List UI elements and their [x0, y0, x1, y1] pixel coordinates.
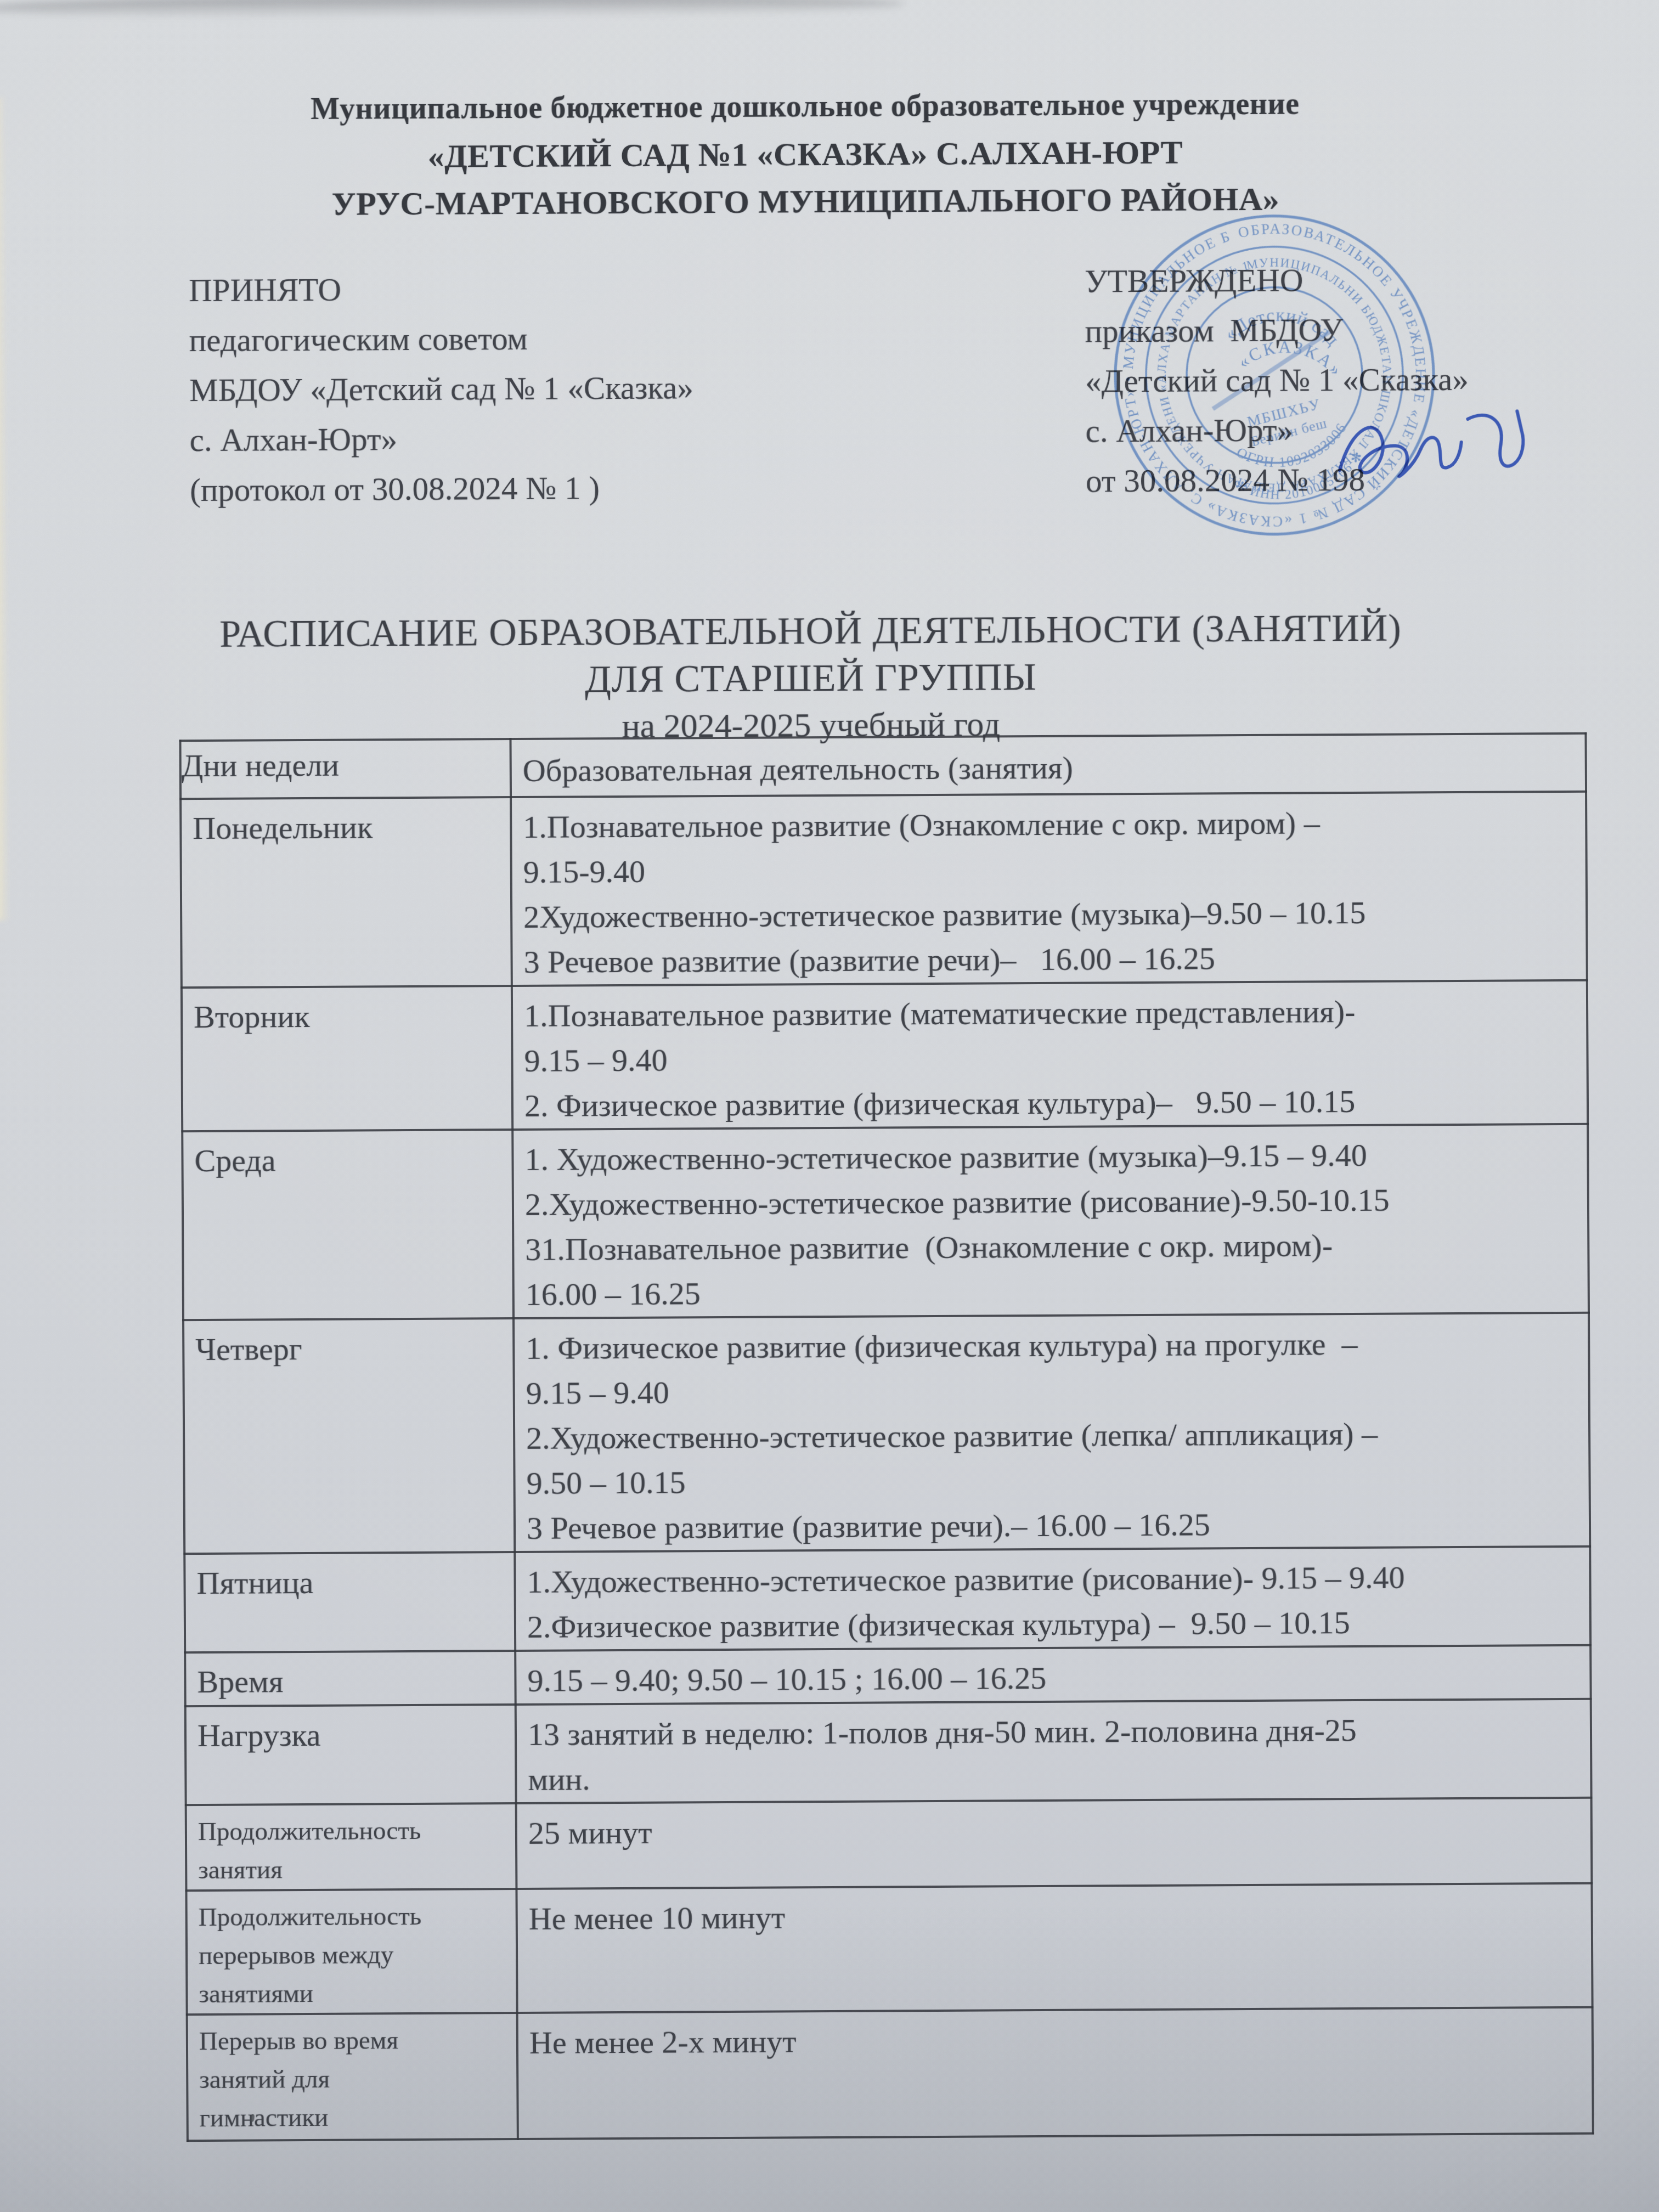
day-name: Вторник [194, 994, 507, 1039]
row-label-time: Время [197, 1658, 511, 1704]
activity-cell: 13 занятий в неделю: 1-полов дня-50 мин.… [516, 1699, 1592, 1803]
accepted-block: ПРИНЯТО педагогическим советом МБДОУ «Де… [189, 261, 1013, 515]
activity-cell: 1. Художественно-эстетическое развитие (… [512, 1124, 1589, 1318]
activity-line: 9.15 – 9.40 [524, 1033, 1583, 1084]
day-cell: Четверг [183, 1318, 515, 1554]
table-row: Вторник 1.Познавательное развитие (матем… [182, 980, 1588, 1131]
day-name: Четверг [195, 1326, 509, 1372]
header-activity-label: Образовательная деятельность (занятия) [511, 735, 1584, 795]
table-row: Среда 1. Художественно-эстетическое разв… [182, 1124, 1589, 1320]
activity-line: 3 Речевое развитие (развитие речи)– 16.0… [523, 934, 1582, 985]
activity-line: 1. Физическое развитие (физическая культ… [526, 1321, 1584, 1371]
activity-cell: 1.Познавательное развитие (Ознакомление … [511, 792, 1587, 986]
activity-line: 1. Художественно-эстетическое развитие (… [524, 1132, 1583, 1182]
table-row: Время 9.15 – 9.40; 9.50 – 10.15 ; 16.00 … [185, 1645, 1590, 1706]
table-row: Понедельник 1.Познавательное развитие (О… [180, 792, 1587, 988]
document-title: РАСПИСАНИЕ ОБРАЗОВАТЕЛЬНОЙ ДЕЯТЕЛЬНОСТИ … [0, 603, 1624, 753]
day-cell: Пятница [184, 1552, 515, 1652]
activity-line: 2. Физическое развитие (физическая культ… [524, 1078, 1583, 1128]
activity-line: 2.Художественно-эстетическое развитие (л… [526, 1410, 1585, 1461]
title-line: ДЛЯ СТАРШЕЙ ГРУППЫ [0, 651, 1624, 707]
accepted-line: с. Алхан-Юрт» [189, 411, 1012, 465]
gym-break-value: Не менее 2-х минут [529, 2015, 1588, 2066]
header-cell-days: Дни недели [180, 739, 511, 799]
activity-line: 3 Речевое развитие (развитие речи).– 16.… [527, 1500, 1585, 1551]
official-round-stamp: ОБРАЗОВАТЕЛЬНОЕ УЧРЕЖДЕНИЕ «ДЕТСКИЙ САД … [1061, 162, 1488, 589]
day-cell: Нагрузка [185, 1705, 516, 1805]
table-header-row: Дни недели Образовательная деятельность … [180, 733, 1586, 799]
document-page: Муниципальное бюджетное дошкольное образ… [0, 0, 1659, 2212]
activity-cell: 9.15 – 9.40; 9.50 – 10.15 ; 16.00 – 16.2… [515, 1645, 1590, 1705]
header-cell-activity: Образовательная деятельность (занятия) [510, 733, 1586, 797]
activity-line: 2.Художественно-эстетическое развитие (р… [525, 1177, 1584, 1227]
accepted-heading: ПРИНЯТО [189, 261, 1012, 315]
load-value-line: 13 занятий в неделю: 1-полов дня-50 мин.… [528, 1707, 1587, 1757]
activity-line: 1.Познавательное развитие (Ознакомление … [523, 799, 1582, 850]
row-label-gym-break: занятий для [199, 2059, 513, 2099]
activity-line: 2.Физическое развитие (физическая культу… [527, 1599, 1586, 1650]
row-label-gym-break: гимнастики [199, 2097, 513, 2137]
activity-cell: Не менее 2-х минут [517, 2007, 1593, 2139]
activity-line: 1.Познавательное развитие (математически… [524, 988, 1583, 1039]
table-row: Перерыв во время занятий для гимнастики … [187, 2007, 1593, 2141]
activity-line: 9.50 – 10.15 [526, 1455, 1585, 1506]
header-days-label: Дни недели [182, 740, 510, 790]
day-cell: Продолжительность занятия [186, 1803, 517, 1891]
table-row: Четверг 1. Физическое развитие (физическ… [183, 1313, 1590, 1554]
time-values: 9.15 – 9.40; 9.50 – 10.15 ; 16.00 – 16.2… [527, 1653, 1586, 1703]
breaks-value: Не менее 10 минут [529, 1891, 1588, 1942]
table-row: Продолжительность перерывов между заняти… [186, 1883, 1592, 2015]
director-signature [1329, 387, 1538, 509]
day-name: Среда [194, 1137, 508, 1183]
table-row: Продолжительность занятия 25 минут [186, 1798, 1592, 1891]
duration-value: 25 минут [528, 1805, 1587, 1856]
day-cell: Среда [182, 1130, 513, 1320]
activity-line: 1.Художественно-эстетическое развитие (р… [527, 1554, 1585, 1605]
day-cell: Время [185, 1651, 516, 1706]
activity-line: 9.15 – 9.40 [526, 1365, 1585, 1416]
activity-line: 31.Познавательное развитие (Ознакомление… [525, 1222, 1584, 1272]
day-cell: Перерыв во время занятий для гимнастики [187, 2013, 518, 2141]
schedule-table: Дни недели Образовательная деятельность … [179, 732, 1594, 2142]
table-row: Нагрузка 13 занятий в неделю: 1-полов дн… [185, 1699, 1592, 1805]
title-line: РАСПИСАНИЕ ОБРАЗОВАТЕЛЬНОЙ ДЕЯТЕЛЬНОСТИ … [0, 603, 1624, 659]
day-name: Пятница [196, 1560, 510, 1605]
org-name-line: Муниципальное бюджетное дошкольное образ… [0, 78, 1616, 134]
load-value-line: мин. [528, 1752, 1587, 1802]
row-label-gym-break: Перерыв во время [199, 2021, 513, 2061]
row-label-breaks: Продолжительность [199, 1897, 512, 1937]
row-label-breaks: занятиями [199, 1973, 512, 2013]
day-cell: Продолжительность перерывов между заняти… [186, 1889, 517, 2015]
day-cell: Понедельник [180, 797, 512, 988]
accepted-line: педагогическим советом [189, 311, 1012, 365]
accepted-line: МБДОУ «Детский сад № 1 «Сказка» [189, 361, 1012, 415]
accepted-protocol-line: (протокол от 30.08.2024 № 1 ) [190, 461, 1013, 515]
day-cell: Вторник [182, 986, 512, 1131]
activity-cell: 25 минут [516, 1798, 1592, 1889]
activity-line: 2Художественно-эстетическое развитие (му… [523, 889, 1582, 940]
activity-cell: Не менее 10 минут [516, 1883, 1592, 2013]
photo-top-shadow [0, 0, 905, 20]
row-label-duration: занятия [198, 1849, 512, 1889]
day-name: Понедельник [193, 805, 506, 850]
row-label-load: Нагрузка [198, 1712, 511, 1758]
activity-cell: 1.Познавательное развитие (математически… [512, 980, 1588, 1130]
activity-cell: 1.Художественно-эстетическое развитие (р… [515, 1547, 1590, 1651]
activity-line: 9.15-9.40 [523, 844, 1582, 895]
row-label-breaks: перерывов между [199, 1935, 512, 1975]
activity-line: 16.00 – 16.25 [526, 1267, 1584, 1317]
row-label-duration: Продолжительность [198, 1811, 512, 1851]
activity-cell: 1. Физическое развитие (физическая культ… [513, 1313, 1590, 1552]
table-row: Пятница 1.Художественно-эстетическое раз… [184, 1547, 1590, 1652]
